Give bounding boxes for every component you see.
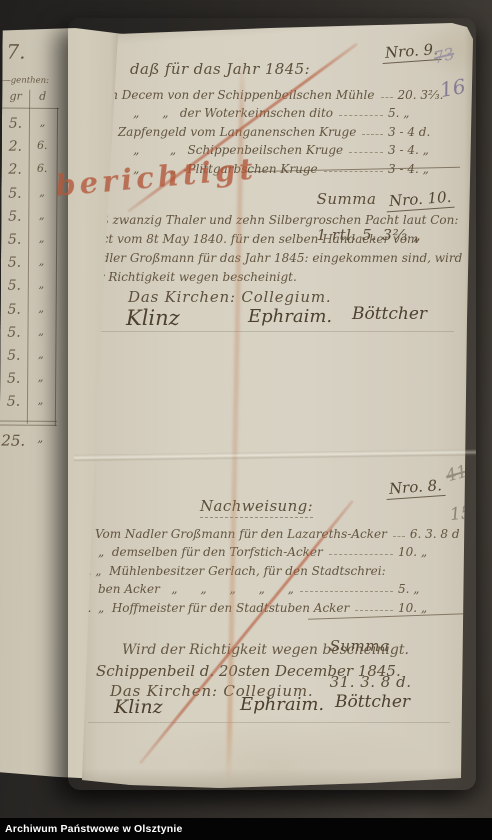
ledger-row-text: „ „ „ der Woterkeimschen dito	[104, 106, 333, 120]
ledger-row-amount: 5. „	[388, 106, 458, 120]
ledger-dash-filler	[381, 97, 393, 98]
side-cell-d: „	[29, 116, 56, 139]
archive-watermark-bar: Archiwum Państwowe w Olsztynie	[0, 818, 492, 840]
side-cell-d: „	[27, 348, 54, 371]
section8-place-date: Schippenbeil d. 20sten December 1845.	[96, 662, 401, 680]
ledger-row: „ „ „ Schippenbeilschen Kruge 3 - 4. „	[86, 139, 458, 158]
side-cell-gr: 5.	[0, 394, 27, 417]
side-cell-gr: 5.	[0, 324, 27, 347]
ledger-row-text: „ demselben für den Torfstich-Acker	[98, 545, 323, 559]
side-cell-gr: 2.	[2, 139, 29, 162]
paragraph-line: tract vom 8t May 1840. für den selben Ha…	[84, 229, 449, 248]
ledger-row-text: ben Acker „ „ „ „ „	[98, 582, 294, 596]
side-cell-gr: 5.	[1, 255, 28, 278]
side-cell-d: 6.	[29, 139, 56, 162]
side-table-row: 5. „	[0, 324, 54, 348]
ledger-row: An Decem von der Schippenbeilschen Mühle…	[86, 83, 458, 102]
side-margin-note: —genthen:	[2, 76, 49, 86]
side-cell-gr: 5.	[1, 278, 28, 301]
ledger-row-text: An Decem von der Schippenbeilschen Mühle	[102, 88, 375, 102]
section8-signature-firstname: Ephraim.	[240, 694, 324, 715]
side-cell-d: „	[28, 185, 55, 208]
side-cell-gr: 5.	[1, 185, 28, 208]
side-table-row: 5. „	[2, 116, 56, 140]
side-table-row: 5. „	[1, 255, 55, 279]
paragraph-line: Daß zwanzig Thaler und zehn Silbergrosch…	[84, 210, 449, 229]
side-table-row: 5. „	[1, 185, 55, 209]
section8-signature-lastname: Böttcher	[335, 692, 410, 712]
side-table-row: 5. „	[0, 371, 54, 395]
side-table-rows: 5. „ 2. 6. 2. 6. 5. „	[0, 116, 56, 418]
ledger-row: 1. Vom Nadler Großmann für den Lazareths…	[80, 522, 468, 541]
side-table-row: 2. 6.	[2, 162, 56, 186]
sum-label: Summa	[317, 190, 377, 208]
signature-rule	[88, 722, 450, 723]
ledger-dash-filler	[355, 610, 393, 611]
side-cell-d: „	[28, 278, 55, 301]
table-rule	[0, 421, 57, 423]
ledger-dash-filler	[329, 554, 393, 555]
ledger-dash-filler	[362, 134, 383, 135]
side-col-header-gr: gr	[2, 90, 29, 103]
section9-heading: daß für das Jahr 1845:	[130, 60, 310, 78]
ledger-row: 2. „ demselben für den Torfstich-Acker 1…	[80, 541, 468, 560]
ledger-dash-filler	[339, 115, 383, 116]
side-table-row: 5. „	[1, 231, 55, 255]
archive-watermark-label: Archiwum Państwowe w Olsztynie	[5, 823, 183, 835]
section10-collegium-line: Das Kirchen: Collegium.	[128, 288, 331, 306]
ledger-row-amount: 3 - 4. „	[388, 143, 458, 157]
ledger-dash-filler	[300, 591, 393, 592]
side-total-d: „	[27, 432, 54, 450]
side-table-row: 5. „	[0, 394, 54, 418]
side-cell-d: „	[27, 324, 54, 347]
ledger-row-amount: 3 - 4 d.	[388, 125, 458, 139]
side-table-row: 2. 6.	[2, 139, 56, 163]
side-cell-d: „	[28, 255, 55, 278]
side-cell-d: „	[27, 394, 54, 417]
section10-signature-klinz: Klinz	[126, 306, 180, 330]
section8-number-label: Nro. 8.	[385, 476, 445, 500]
paragraph-line: der Richtigkeit wegen bescheinigt.	[84, 267, 449, 286]
side-cell-gr: 5.	[1, 301, 28, 324]
ledger-row-text: „ Mühlenbesitzer Gerlach, für den Stadts…	[95, 564, 385, 578]
section8-signature-klinz: Klinz	[114, 696, 163, 718]
side-cell-gr: 5.	[2, 116, 29, 139]
side-cell-d: „	[28, 208, 55, 231]
ledger-row-amount: 6. 3. 8 d	[410, 527, 468, 541]
ledger-row-text: „ Hoffmeister für den Stadtstuben Acker	[98, 601, 349, 615]
side-cell-gr: 5.	[1, 208, 28, 231]
side-cell-gr: 5.	[0, 371, 27, 394]
ledger-dash-filler	[393, 536, 405, 537]
paragraph-line: Nadler Großmann für das Jahr 1845: einge…	[84, 248, 449, 267]
ledger-row: 3. „ Mühlenbesitzer Gerlach, für den Sta…	[80, 559, 468, 578]
ledger-row-amount: 5. „	[398, 582, 468, 596]
ledger-row-text: Vom Nadler Großmann für den Lazareths-Ac…	[95, 527, 387, 541]
manuscript-page: Nro. 9. 73 16 daß für das Jahr 1845: An …	[70, 20, 476, 790]
side-table-row: 5. „	[1, 208, 55, 232]
table-rule	[2, 108, 59, 110]
side-cell-gr: 5.	[1, 231, 28, 254]
section9-old-folio-number: 73	[432, 46, 456, 66]
side-cell-d: „	[28, 232, 55, 255]
side-table-row: 5. „	[1, 278, 55, 302]
section10-signature-lastname: Böttcher	[352, 304, 427, 324]
ledger-dash-filler	[349, 152, 383, 153]
side-cell-d: 6.	[29, 162, 56, 185]
side-table-row: 5. „	[0, 347, 54, 371]
side-corner-number: 7.	[6, 40, 25, 64]
signature-rule	[98, 331, 454, 332]
side-total-gr: 25.	[0, 432, 27, 450]
side-cell-d: „	[28, 301, 55, 324]
side-table-row: 5. „	[1, 301, 55, 325]
section10-number-label: Nro. 10.	[385, 188, 455, 213]
section10-signature-firstname: Ephraim.	[248, 306, 332, 327]
side-cell-gr: 5.	[0, 347, 27, 370]
archival-document-scan: 7. —genthen: gr d 5. „ 2. 6. 2.	[0, 0, 492, 840]
side-cell-gr: 2.	[2, 162, 29, 185]
section8-certify-line: Wird der Richtigkeit wegen bescheinigt.	[122, 642, 409, 658]
side-col-header-d: d	[29, 90, 56, 103]
ledger-row-amount: 20. 3⅔.	[398, 88, 459, 102]
ledger-row-amount: 10. „	[398, 545, 468, 559]
side-table-total: 25. „	[0, 432, 54, 450]
ledger-row: „ Zapfengeld vom Langanenschen Kruge 3 -…	[86, 120, 458, 139]
section8-ledger: 1. Vom Nadler Großmann für den Lazareths…	[80, 522, 468, 615]
section10-paragraph: Daß zwanzig Thaler und zehn Silbergrosch…	[84, 210, 449, 286]
side-cell-d: „	[27, 371, 54, 394]
table-rule	[0, 425, 57, 427]
section8-heading: Nachweisung:	[200, 497, 313, 518]
